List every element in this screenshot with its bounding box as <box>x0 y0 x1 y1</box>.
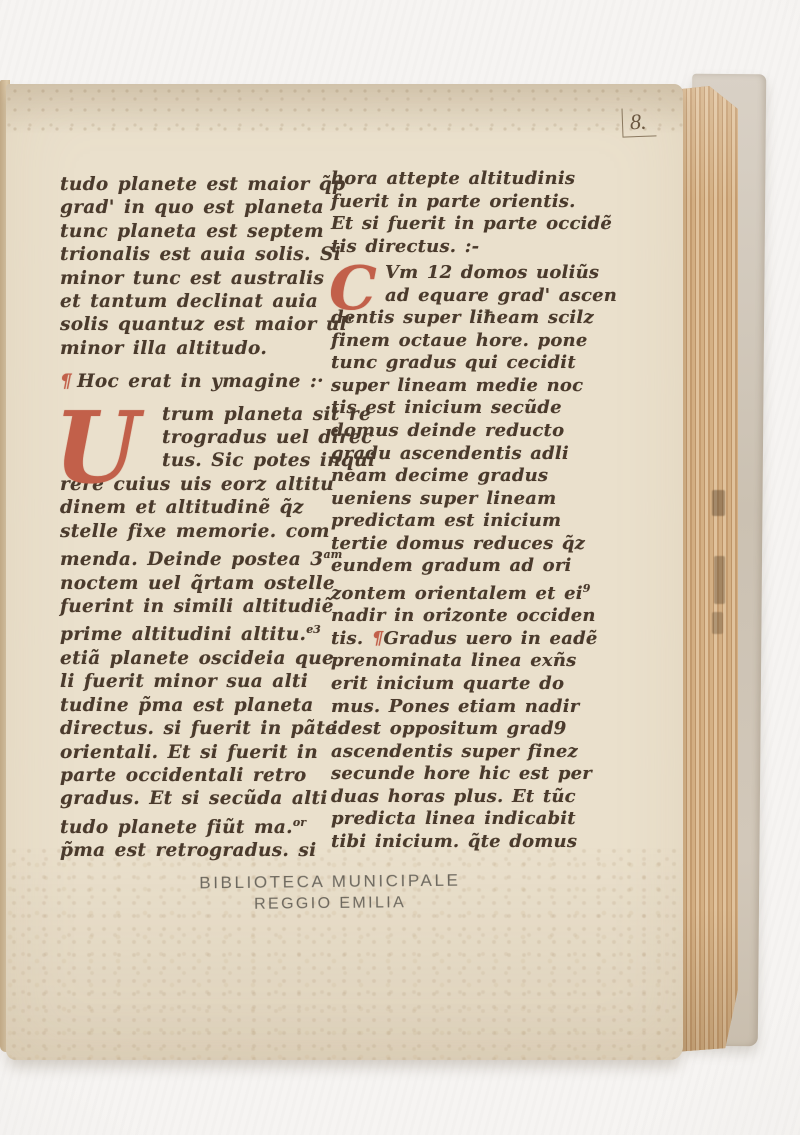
text-segment: zontem orientalem et ei <box>331 583 583 604</box>
text-block: CVm 12 domos uoliũsad equare grad' ascen… <box>331 262 615 853</box>
text-segment: domus deinde reducto <box>331 420 564 441</box>
stamp-line-2: REGGIO EMILIA <box>175 893 485 914</box>
manuscript-line: trionalis est auia solis. Si <box>60 243 332 266</box>
manuscript-line: mus. Pones etiam nadir <box>331 696 615 719</box>
manuscript-line: noctem uel q̃rtam ostelle <box>60 572 332 595</box>
manuscript-line: erit inicium quarte do <box>331 673 615 696</box>
text-segment: erit inicium quarte do <box>331 673 564 694</box>
text-segment: menda. Deinde postea 3 <box>60 549 323 570</box>
text-segment: ueniens super lineam <box>331 488 556 509</box>
text-segment: tunc planeta est septem <box>60 221 324 242</box>
manuscript-line: minor tunc est australis <box>60 267 332 290</box>
text-segment: super lineam medie noc <box>331 375 583 396</box>
manuscript-line: tertie domus reduces q̃z <box>331 533 615 556</box>
left-text-column: tudo planete est maior q̃pgrad' in quo e… <box>60 173 332 863</box>
text-segment: eundem gradum ad ori <box>331 555 572 576</box>
book-fore-edge <box>674 86 738 1052</box>
manuscript-line: p̃ma est retrogradus. si <box>60 839 332 862</box>
text-segment: idest oppositum grad9 <box>331 718 567 739</box>
manuscript-line: directus. si fuerit in pãte <box>60 717 332 740</box>
text-segment: Vm 12 domos uoliũs <box>385 262 599 283</box>
paraph-mark: ¶ <box>372 628 384 649</box>
right-text-column: hora attepte altitudinisfuerit in parte … <box>331 168 615 853</box>
text-segment: ascendentis super finez <box>331 741 578 762</box>
manuscript-line: idest oppositum grad9 <box>331 718 615 741</box>
manuscript-line: secunde hore hic est per <box>331 763 615 786</box>
manuscript-line: tis est inicium secũde <box>331 397 615 420</box>
text-segment: or <box>293 816 306 829</box>
text-segment: nadir in orizonte occiden <box>331 605 596 626</box>
text-segment: predictam est inicium <box>331 510 561 531</box>
manuscript-line: tunc planeta est septem <box>60 220 332 243</box>
text-segment: noctem uel q̃rtam ostelle <box>60 573 335 594</box>
manuscript-line: ascendentis super finez <box>331 741 615 764</box>
manuscript-line: etiã planete oscideia que <box>60 647 332 670</box>
text-segment: tertie domus reduces q̃z <box>331 533 585 554</box>
text-segment: fuerit in parte orientis. <box>331 191 576 212</box>
manuscript-line: tudo planete fiũt ma.or <box>60 811 332 840</box>
manuscript-line: domus deinde reducto <box>331 420 615 443</box>
text-segment: fuerint in simili altitudiẽ <box>60 596 334 617</box>
text-segment: prenominata linea exñs <box>331 650 576 671</box>
text-segment: grad' in quo est planeta <box>60 197 324 218</box>
text-segment: Gradus uero in eadẽ <box>383 628 597 649</box>
text-segment: 9 <box>583 582 591 595</box>
text-segment: tibi inicium. q̃te domus <box>331 831 577 852</box>
text-segment: etiã planete oscideia que <box>60 648 334 669</box>
text-segment: ad equare grad' ascen <box>385 285 617 306</box>
manuscript-line: gradus. Et si secũda alti <box>60 787 332 810</box>
manuscript-line: grad' in quo est planeta <box>60 196 332 219</box>
text-segment: finem octaue hore. pone <box>331 330 587 351</box>
text-segment: tis est inicium secũde <box>331 397 562 418</box>
stamp-line-1: BIBLIOTECA MUNICIPALE <box>175 870 485 893</box>
manuscript-line: zontem orientalem et ei9 <box>331 578 615 606</box>
manuscript-line: predictam est inicium <box>331 510 615 533</box>
manuscript-line: prime altitudini altitu.e3 <box>60 618 332 647</box>
text-block: hora attepte altitudinisfuerit in parte … <box>331 168 615 258</box>
manuscript-line: stelle fixe memorie. com <box>60 520 332 543</box>
photo-background: 8. tudo planete est maior q̃pgrad' in qu… <box>0 0 800 1135</box>
manuscript-line: duas horas plus. Et tũc <box>331 786 615 809</box>
manuscript-line: super lineam medie noc <box>331 375 615 398</box>
manuscript-line: tis. ¶Gradus uero in eadẽ <box>331 628 615 651</box>
text-segment: e3 <box>306 623 321 636</box>
drop-cap-initial: U <box>54 403 140 495</box>
manuscript-line: prenominata linea exñs <box>331 650 615 673</box>
drop-cap-initial: C <box>329 260 377 318</box>
text-segment: hora attepte altitudinis <box>331 168 575 189</box>
text-segment: secunde hore hic est per <box>331 763 592 784</box>
text-segment: gradus. Et si secũda alti <box>60 788 328 809</box>
parchment-top-band <box>6 84 683 134</box>
text-segment: et tantum declinat auia <box>60 291 318 312</box>
text-block: Utrum planeta sit retrogradus uel direct… <box>60 403 332 863</box>
text-segment: tunc gradus qui cecidit <box>331 352 576 373</box>
text-segment: parte occidentali retro <box>60 765 307 786</box>
text-segment: mus. Pones etiam nadir <box>331 696 579 717</box>
manuscript-line: parte occidentali retro <box>60 764 332 787</box>
manuscript-line: eundem gradum ad ori <box>331 555 615 578</box>
text-segment: gradu ascendentis adli <box>331 443 569 464</box>
text-segment: trionalis est auia solis. Si <box>60 244 341 265</box>
text-segment: Et si fuerit in parte occidẽ <box>331 213 612 234</box>
folio-number-mark: 8. <box>622 107 656 137</box>
text-block: tudo planete est maior q̃pgrad' in quo e… <box>60 173 332 360</box>
manuscript-line: solis quantuz est maior ul' <box>60 313 332 336</box>
text-segment: prime altitudini altitu. <box>60 625 306 646</box>
manuscript-line: minor illa altitudo. <box>60 337 332 360</box>
folio-number: 8. <box>622 107 656 137</box>
manuscript-line: neam decime gradus <box>331 465 615 488</box>
manuscript-line: menda. Deinde postea 3am <box>60 543 332 572</box>
text-segment: solis quantuz est maior ul' <box>60 314 353 335</box>
manuscript-line: nadir in orizonte occiden <box>331 605 615 628</box>
manuscript-line: orientali. Et si fuerit in <box>60 741 332 764</box>
text-segment: predicta linea indicabit <box>331 808 576 829</box>
manuscript-line: finem octaue hore. pone <box>331 330 615 353</box>
text-segment: tudo planete est maior q̃p <box>60 174 345 195</box>
text-segment: orientali. Et si fuerit in <box>60 742 318 763</box>
paraph-mark: ¶ <box>60 371 77 392</box>
manuscript-line: Et si fuerit in parte occidẽ <box>331 213 615 236</box>
text-segment: duas horas plus. Et tũc <box>331 786 576 807</box>
manuscript-line: tudo planete est maior q̃p <box>60 173 332 196</box>
text-segment: tudine p̃ma est planeta <box>60 695 314 716</box>
text-segment: tis. <box>331 628 372 649</box>
manuscript-line: fuerit in parte orientis. <box>331 191 615 214</box>
text-segment: Hoc erat in ymagine :· <box>77 371 324 392</box>
manuscript-line: tudine p̃ma est planeta <box>60 694 332 717</box>
manuscript-line: tibi inicium. q̃te domus <box>331 831 615 854</box>
fore-edge-ink-mark <box>714 556 725 604</box>
manuscript-line: predicta linea indicabit <box>331 808 615 831</box>
manuscript-line: ueniens super lineam <box>331 488 615 511</box>
library-stamp: BIBLIOTECA MUNICIPALE REGGIO EMILIA <box>175 870 485 914</box>
manuscript-line: fuerint in simili altitudiẽ <box>60 595 332 618</box>
text-segment: stelle fixe memorie. com <box>60 521 330 542</box>
text-segment: neam decime gradus <box>331 465 548 486</box>
text-segment: li fuerit minor sua alti <box>60 671 308 692</box>
manuscript-line: gradu ascendentis adli <box>331 443 615 466</box>
text-segment: p̃ma est retrogradus. si <box>60 840 316 861</box>
manuscript-line: tunc gradus qui cecidit <box>331 352 615 375</box>
manuscript-line: li fuerit minor sua alti <box>60 670 332 693</box>
text-segment: minor tunc est australis <box>60 268 324 289</box>
text-segment: tudo planete fiũt ma. <box>60 817 293 838</box>
fore-edge-ink-mark <box>712 490 725 516</box>
manuscript-line: hora attepte altitudinis <box>331 168 615 191</box>
fore-edge-ink-mark <box>712 612 723 634</box>
text-segment: minor illa altitudo. <box>60 338 267 359</box>
manuscript-line: et tantum declinat auia <box>60 290 332 313</box>
text-segment: directus. si fuerit in pãte <box>60 718 337 739</box>
